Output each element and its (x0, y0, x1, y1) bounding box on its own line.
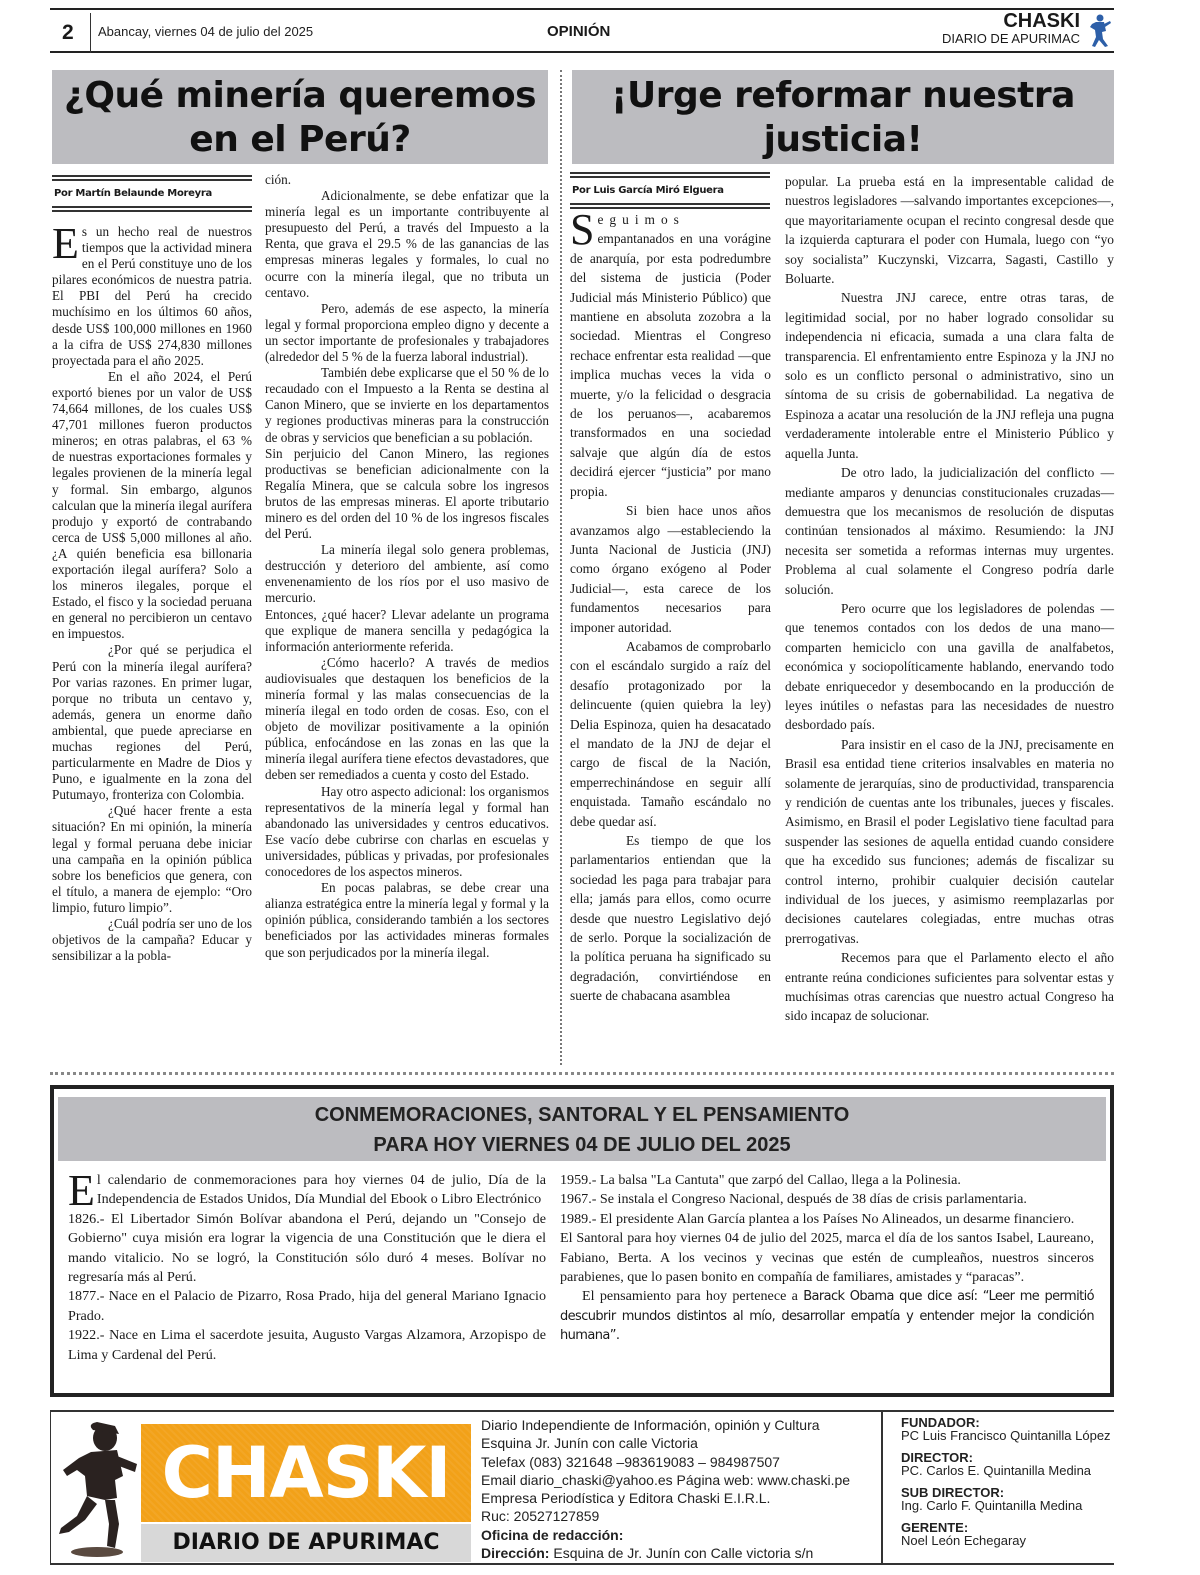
rule-double (570, 203, 770, 209)
info-line: Ruc: 20527127859 (481, 1507, 881, 1525)
brand-block: CHASKI DIARIO DE APURIMAC (942, 10, 1080, 46)
paragraph: En el año 2024, el Perú exportó bienes p… (52, 369, 252, 643)
masthead: 2 Abancay, viernes 04 de julio del 2025 … (50, 8, 1114, 53)
byline: Por Martín Belaunde Moreyra (52, 181, 252, 206)
staff-box: FUNDADOR: PC Luis Francisco Quintanilla … (881, 1412, 1115, 1563)
chaski-runner-icon (57, 1420, 147, 1560)
conmemoraciones-title: CONMEMORACIONES, SANTORAL Y EL PENSAMIEN… (58, 1097, 1106, 1161)
page-number: 2 (62, 21, 74, 45)
paragraph: El calendario de conmemoraciones para ho… (68, 1171, 546, 1210)
article-justicia-col2: popular. La prueba está en la impresenta… (785, 172, 1114, 1026)
title-line: PARA HOY VIERNES 04 DE JULIO DEL 2025 (58, 1130, 1106, 1160)
paragraph: popular. La prueba está en la impresenta… (785, 172, 1114, 288)
headline-mineria: ¿Qué minería queremos en el Perú? (52, 70, 548, 164)
event-item: 1922.- Nace en Lima el sacerdote jesuita… (68, 1326, 546, 1365)
paragraph: Entonces, ¿qué hacer? Llevar adelante un… (265, 607, 549, 655)
santoral: El Santoral para hoy viernes 04 de julio… (560, 1229, 1094, 1287)
info-line: Empresa Periodística y Editora Chaski E.… (481, 1489, 881, 1507)
paragraph: También debe explicarse que el 50 % de l… (265, 365, 549, 445)
staff-name: Ing. Carlo F. Quintanilla Medina (901, 1499, 1111, 1513)
info-line: Diario Independiente de Información, opi… (481, 1416, 881, 1434)
masthead-separator (90, 13, 91, 53)
footer-logo: CHASKI (141, 1424, 471, 1522)
paragraph: De otro lado, la judicialización del con… (785, 463, 1114, 599)
paragraph: La minería ilegal solo genera problemas,… (265, 542, 549, 606)
paragraph: Recemos para que el Parlamento electo el… (785, 948, 1114, 1026)
paragraph: Acabamos de comprobarlo con el escándalo… (570, 637, 771, 831)
pensamiento: El pensamiento para hoy pertenece a Bara… (560, 1287, 1094, 1345)
headline-line: ¿Qué minería queremos (64, 75, 536, 116)
drop-cap: E (52, 226, 79, 262)
article-mineria-col1: Es un hecho real de nuestros tiempos que… (52, 224, 252, 964)
paragraph: Pero, además de ese aspecto, la minería … (265, 301, 549, 365)
headline-line: en el Perú? (189, 119, 410, 160)
info-line: Esquina Jr. Junín con calle Victoria (481, 1434, 881, 1452)
drop-cap: E (68, 1173, 95, 1209)
event-item: 1959.- La balsa "La Cantuta" que zarpó d… (560, 1171, 1094, 1190)
paragraph: Es tiempo de que los parlamentarios enti… (570, 831, 771, 1006)
paragraph: ¿Por qué se perjudica el Perú con la min… (52, 642, 252, 803)
runner-icon (1086, 13, 1112, 49)
paragraph: ¿Cómo hacerlo? A través de medios audiov… (265, 655, 549, 784)
conmemoraciones-col1: El calendario de conmemoraciones para ho… (68, 1171, 546, 1365)
byline-block: Por Luis García Miró Elguera (570, 172, 770, 209)
drop-cap: S (570, 212, 594, 248)
byline: Por Luis García Miró Elguera (570, 178, 770, 203)
paragraph: Nuestra JNJ carece, entre otras taras, d… (785, 288, 1114, 463)
paragraph: En pocas palabras, se debe crear una ali… (265, 880, 549, 960)
paragraph: Sin perjuicio del Canon Minero, las regi… (265, 446, 549, 543)
event-item: 1989.- El presidente Alan García plantea… (560, 1210, 1094, 1229)
footer-logo-subtitle: DIARIO DE APURIMAC (141, 1524, 471, 1562)
office-label: Oficina de redacción: (481, 1526, 881, 1544)
thought-author: Barack Obama (803, 1289, 894, 1304)
info-line: Telefax (083) 321648 –983619083 – 984987… (481, 1453, 881, 1471)
colophon: CHASKI DIARIO DE APURIMAC Diario Indepen… (50, 1410, 1114, 1565)
article-justicia-col1: Seguimosempantanados en una vorágine de … (570, 210, 771, 1006)
article-mineria-col2: ción. Adicionalmente, se debe enfatizar … (265, 172, 549, 961)
paragraph: ¿Cuál podría ser uno de los objetivos de… (52, 916, 252, 964)
info-line: Email diario_chaski@yahoo.es Página web:… (481, 1471, 881, 1489)
address-line: Dirección: Esquina de Jr. Junín con Call… (481, 1544, 881, 1562)
paragraph: Si bien hace unos años avanzamos algo —e… (570, 501, 771, 637)
paragraph: Adicionalmente, se debe enfatizar que la… (265, 188, 549, 301)
brand-name: CHASKI (942, 10, 1080, 32)
title-line: CONMEMORACIONES, SANTORAL Y EL PENSAMIEN… (58, 1100, 1106, 1130)
paragraph: Para insistir en el caso de la JNJ, prec… (785, 735, 1114, 948)
paragraph: ción. (265, 172, 549, 188)
rule-double (52, 206, 252, 212)
byline-block: Por Martín Belaunde Moreyra (52, 175, 252, 212)
column-divider (560, 70, 562, 1065)
event-item: 1826.- El Libertador Simón Bolívar aband… (68, 1210, 546, 1288)
headline-line: justicia! (764, 119, 923, 160)
event-item: 1967.- Se instala el Congreso Nacional, … (560, 1190, 1094, 1209)
staff-name: PC Luis Francisco Quintanilla López (901, 1429, 1111, 1443)
edition-date: Abancay, viernes 04 de julio del 2025 (98, 24, 313, 39)
paragraph: Pero ocurre que los legisladores de pole… (785, 599, 1114, 735)
publisher-info: Diario Independiente de Información, opi… (481, 1416, 881, 1562)
staff-list: FUNDADOR: PC Luis Francisco Quintanilla … (901, 1416, 1111, 1556)
paragraph: Es un hecho real de nuestros tiempos que… (52, 224, 252, 369)
paragraph: ¿Qué hacer frente a esta situación? En m… (52, 803, 252, 916)
headline-justicia: ¡Urge reformar nuestra justicia! (572, 70, 1114, 164)
brand-subtitle: DIARIO DE APURIMAC (942, 32, 1080, 46)
paragraph: Hay otro aspecto adicional: los organism… (265, 784, 549, 881)
conmemoraciones-box: CONMEMORACIONES, SANTORAL Y EL PENSAMIEN… (50, 1085, 1114, 1397)
staff-name: Noel León Echegaray (901, 1534, 1111, 1548)
section-divider (50, 1072, 1114, 1075)
conmemoraciones-col2: 1959.- La balsa "La Cantuta" que zarpó d… (560, 1171, 1094, 1346)
section-title: OPINIÓN (547, 23, 610, 40)
headline-line: ¡Urge reformar nuestra (611, 75, 1075, 116)
staff-name: PC. Carlos E. Quintanilla Medina (901, 1464, 1111, 1478)
event-item: 1877.- Nace en el Palacio de Pizarro, Ro… (68, 1287, 546, 1326)
paragraph: Seguimosempantanados en una vorágine de … (570, 210, 771, 501)
